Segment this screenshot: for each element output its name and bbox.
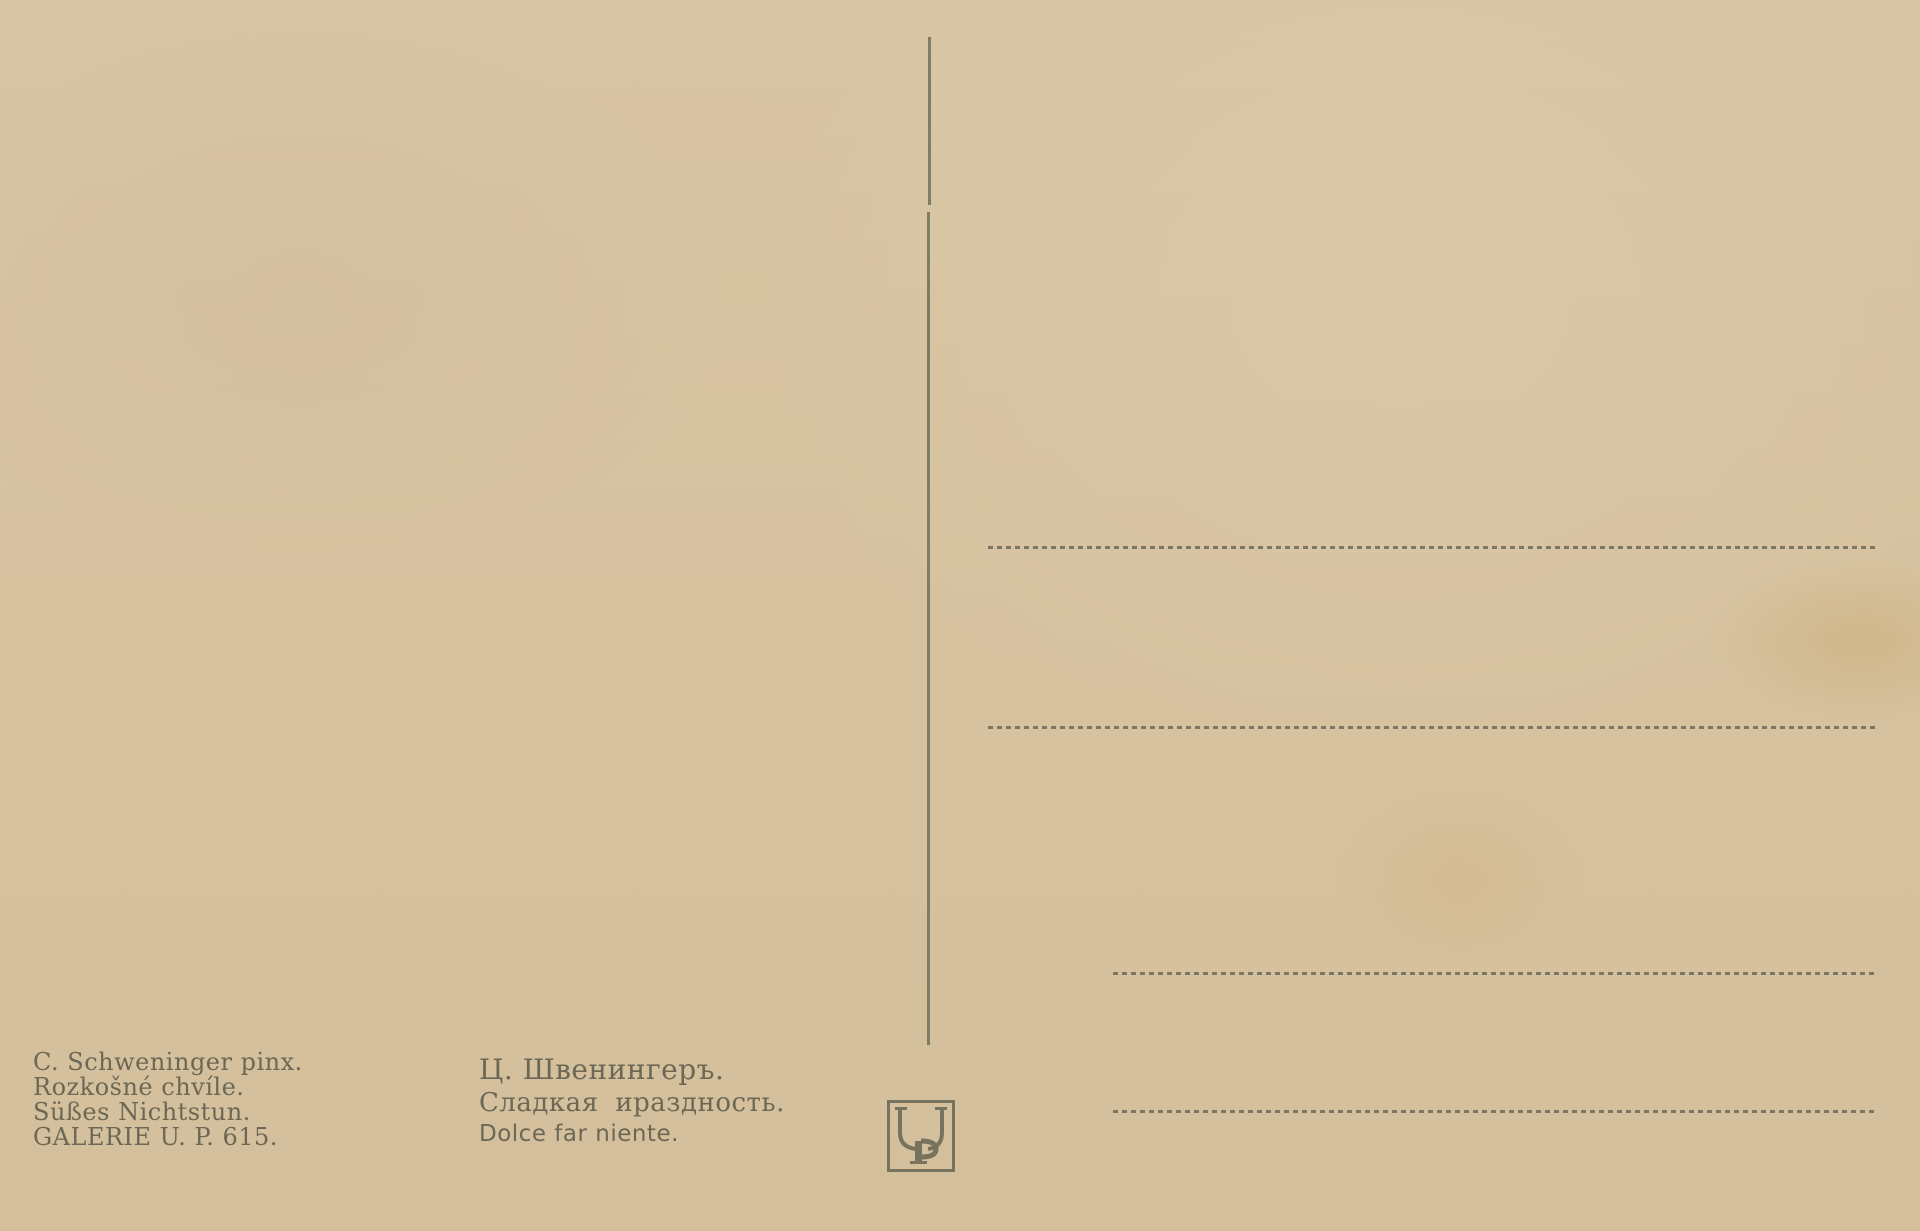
center-divider-lower [927, 212, 930, 1045]
title-czech: Rozkošné chvíle. [33, 1075, 303, 1100]
title-russian: Сладкая ираздность. [479, 1086, 785, 1120]
address-line-4 [1113, 1110, 1876, 1113]
title-italian: Dolce far niente. [479, 1120, 785, 1148]
address-line-1 [988, 546, 1876, 549]
artist-name: C. Schweninger pinx. [33, 1050, 303, 1075]
center-divider-upper [928, 37, 931, 205]
address-line-2 [988, 726, 1876, 729]
title-german: Süßes Nichtstun. [33, 1100, 303, 1125]
artist-caption-cyrillic: Ц. Швенингеръ. Сладкая ираздность. Dolce… [479, 1054, 785, 1148]
artist-caption-latin: C. Schweninger pinx. Rozkošné chvíle. Sü… [33, 1050, 303, 1150]
gallery-number: GALERIE U. P. 615. [33, 1125, 303, 1150]
artist-name-russian: Ц. Швенингеръ. [479, 1054, 785, 1086]
address-line-3 [1113, 972, 1876, 975]
up-monogram-icon [887, 1100, 955, 1172]
